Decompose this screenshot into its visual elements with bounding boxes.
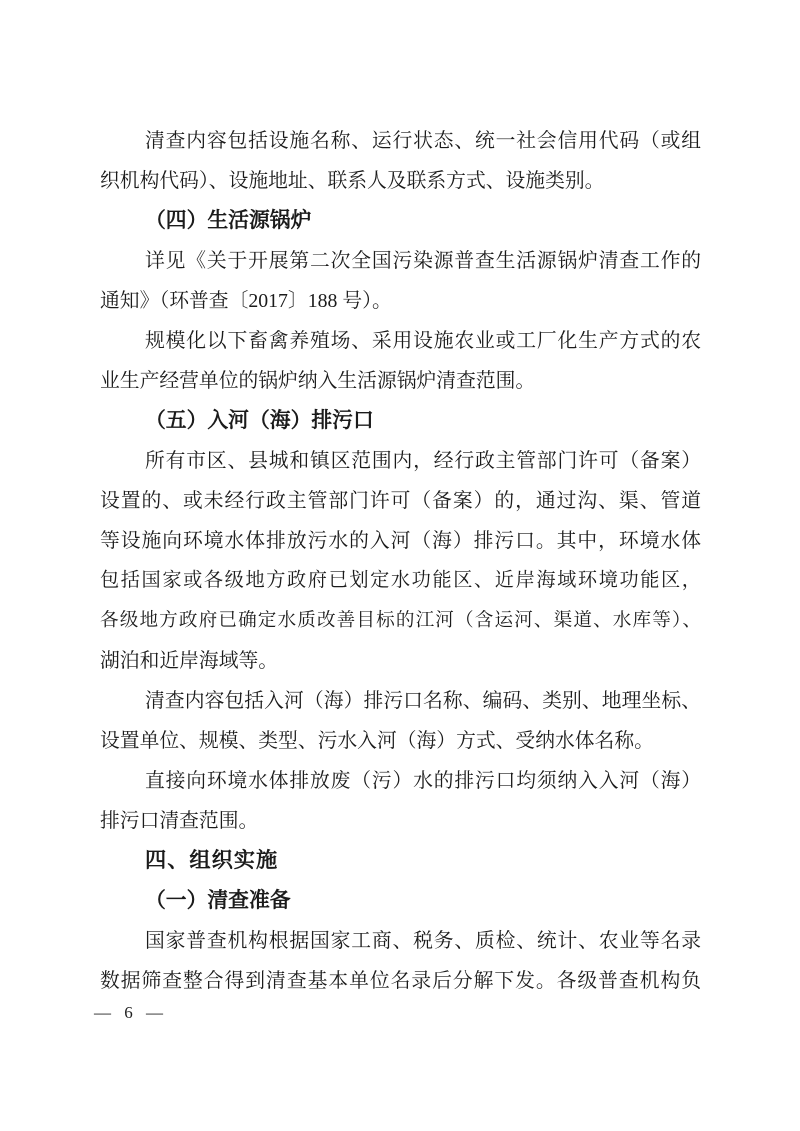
heading-section-1-clearance-preparation: （一）清查准备	[100, 881, 701, 921]
heading-section-5-sewage-outlets: （五）入河（海）排污口	[100, 401, 701, 441]
text-line: 规模化以下畜禽养殖场、采用设施农业或工厂化生产方式的农	[100, 321, 701, 361]
text-line: 直接向环境水体排放废（污）水的排污口均须纳入入河（海）	[100, 761, 701, 801]
text-line: 清查内容包括入河（海）排污口名称、编码、类别、地理坐标、	[100, 681, 701, 721]
document-page: 清查内容包括设施名称、运行状态、统一社会信用代码（或组 织机构代码）、设施地址、…	[0, 0, 800, 1131]
page-number: — 6 —	[94, 1000, 163, 1026]
text-line: 排污口清查范围。	[100, 801, 701, 841]
text-line: 包括国家或各级地方政府已划定水功能区、近岸海域环境功能区，	[100, 561, 701, 601]
text-line: 通知》（环普查〔2017〕188 号）。	[100, 281, 701, 321]
text-line: 业生产经营单位的锅炉纳入生活源锅炉清查范围。	[100, 361, 701, 401]
text-line: 清查内容包括设施名称、运行状态、统一社会信用代码（或组	[100, 121, 701, 161]
text-line: 等设施向环境水体排放污水的入河（海）排污口。其中，环境水体	[100, 521, 701, 561]
text-line: 设置单位、规模、类型、污水入河（海）方式、受纳水体名称。	[100, 721, 701, 761]
text-line: 设置的、或未经行政主管部门许可（备案）的，通过沟、渠、管道	[100, 481, 701, 521]
text-line: 湖泊和近岸海域等。	[100, 641, 701, 681]
text-line: 详见《关于开展第二次全国污染源普查生活源锅炉清查工作的	[100, 241, 701, 281]
text-line: 国家普查机构根据国家工商、税务、质检、统计、农业等名录	[100, 921, 701, 961]
heading-part-4-organization-implementation: 四、组织实施	[100, 841, 701, 881]
text-line: 织机构代码）、设施地址、联系人及联系方式、设施类别。	[100, 161, 701, 201]
text-line: 各级地方政府已确定水质改善目标的江河（含运河、渠道、水库等）、	[100, 601, 701, 641]
text-line: 所有市区、县城和镇区范围内，经行政主管部门许可（备案）	[100, 441, 701, 481]
heading-section-4-residential-boilers: （四）生活源锅炉	[100, 201, 701, 241]
text-line: 数据筛查整合得到清查基本单位名录后分解下发。各级普查机构负	[100, 961, 701, 1001]
document-body: 清查内容包括设施名称、运行状态、统一社会信用代码（或组 织机构代码）、设施地址、…	[100, 121, 701, 1001]
